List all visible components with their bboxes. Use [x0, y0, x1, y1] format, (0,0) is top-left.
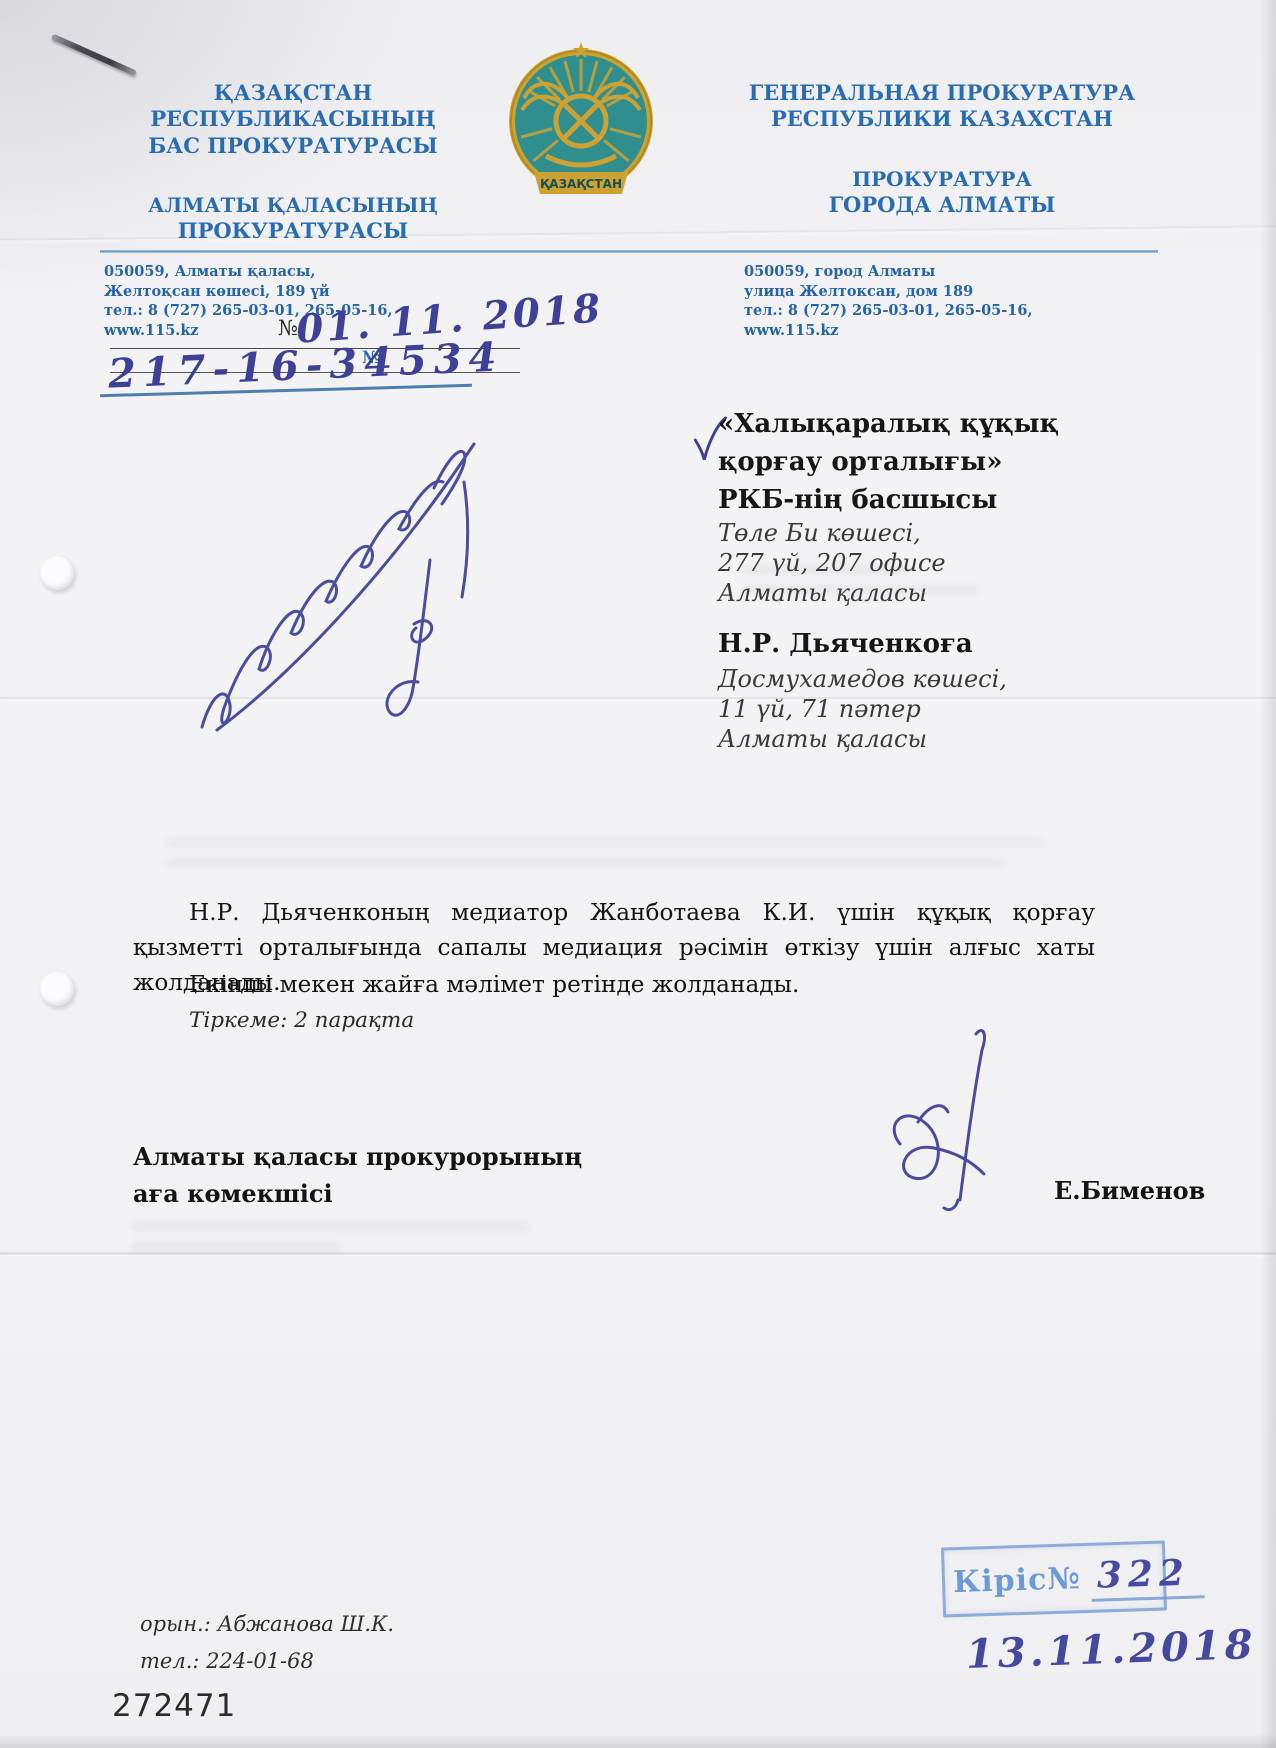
- bleed-through-text: [165, 828, 1065, 878]
- recipient-person-street: Досмухамедов көшесі,: [718, 664, 1007, 696]
- executor-info: орын.: Абжанова Ш.К. тел.: 224-01-68: [140, 1606, 394, 1680]
- page-edge-shadow: [0, 1734, 1276, 1748]
- header-divider-line: [100, 250, 1158, 253]
- recipient-org-city: Алматы қаласы: [718, 578, 927, 610]
- contact-block-ru: 050059, город Алматы улица Желтоксан, до…: [744, 262, 1033, 340]
- org-name-kz-line2: БАС ПРОКУРАТУРАСЫ: [88, 133, 498, 159]
- recipient-org-line3: РКБ-нің басшысы: [718, 482, 997, 518]
- incoming-registration-stamp: Кіріс№ 322: [941, 1540, 1167, 1617]
- org-name-ru-line2: РЕСПУБЛИКИ КАЗАХСТАН: [732, 106, 1152, 132]
- address-line: улица Желтоксан, дом 189: [744, 282, 1033, 302]
- address-line: 050059, Алматы қаласы,: [104, 262, 393, 282]
- office-name-kz-line1: АЛМАТЫ ҚАЛАСЫНЫҢ: [88, 193, 498, 218]
- recipient-person-name: Н.Р. Дьяченкоға: [718, 626, 973, 662]
- recipient-org-line1: «Халықаралық құқық: [718, 406, 1059, 442]
- stamp-handwritten-date: 13.11.2018: [965, 1621, 1257, 1678]
- phone-line: тел.: 8 (727) 265-03-01, 265-05-16,: [744, 301, 1033, 321]
- hole-punch-top: [40, 556, 74, 590]
- org-name-ru-line1: ГЕНЕРАЛЬНАЯ ПРОКУРАТУРА: [732, 80, 1152, 106]
- header-right: ГЕНЕРАЛЬНАЯ ПРОКУРАТУРА РЕСПУБЛИКИ КАЗАХ…: [732, 80, 1152, 218]
- emblem-banner-label: ҚАЗАҚСТАН: [540, 177, 622, 191]
- recipient-person-apartment: 11 үй, 71 пәтер: [718, 694, 921, 726]
- website-line: www.115.kz: [744, 321, 1033, 341]
- recipient-org-building: 277 үй, 207 офисе: [718, 548, 946, 580]
- stamp-handwritten-number: 322: [1090, 1551, 1205, 1602]
- executor-name-line: орын.: Абжанова Ш.К.: [140, 1606, 394, 1643]
- signer-title-line1: Алматы қаласы прокурорының: [133, 1138, 582, 1175]
- body-paragraph-2: Екінші мекен жайға мәлімет ретінде жолда…: [133, 968, 1095, 1003]
- kazakhstan-emblem: ҚАЗАҚСТАН: [506, 36, 656, 206]
- stamp-label: Кіріс№: [953, 1561, 1082, 1600]
- page-edge-shadow: [1260, 0, 1276, 1748]
- scanned-letter-page: ҚАЗАҚСТАН РЕСПУБЛИКАСЫНЫҢ БАС ПРОКУРАТУР…: [0, 0, 1276, 1748]
- executor-phone-line: тел.: 224-01-68: [140, 1643, 394, 1680]
- attachment-note: Тіркеме: 2 парақта: [189, 1008, 414, 1033]
- office-name-ru-line2: ГОРОДА АЛМАТЫ: [732, 192, 1152, 218]
- recipient-org-street: Төле Би көшесі,: [718, 518, 921, 550]
- recipient-org-line2: қорғау орталығы»: [718, 444, 1002, 480]
- office-name-ru-line1: ПРОКУРАТУРА: [732, 167, 1152, 192]
- bleed-through-text: [130, 1212, 560, 1262]
- address-line: Желтоқсан көшесі, 189 үй: [104, 282, 393, 302]
- handwritten-inscription-signature: [172, 392, 512, 737]
- signer-title-line2: аға көмекшісі: [133, 1175, 582, 1212]
- scan-registration-number: 272471: [112, 1688, 236, 1724]
- signer-name: Е.Бименов: [1054, 1176, 1205, 1205]
- signature-bimenov: [878, 1022, 1038, 1212]
- hole-punch-bottom: [40, 972, 74, 1006]
- org-name-kz-line1: ҚАЗАҚСТАН РЕСПУБЛИКАСЫНЫҢ: [88, 80, 498, 133]
- recipient-person-city: Алматы қаласы: [718, 724, 927, 756]
- header-left: ҚАЗАҚСТАН РЕСПУБЛИКАСЫНЫҢ БАС ПРОКУРАТУР…: [88, 80, 498, 244]
- office-name-kz-line2: ПРОКУРАТУРАСЫ: [88, 218, 498, 244]
- signer-title: Алматы қаласы прокурорының аға көмекшісі: [133, 1138, 582, 1212]
- address-line: 050059, город Алматы: [744, 262, 1033, 282]
